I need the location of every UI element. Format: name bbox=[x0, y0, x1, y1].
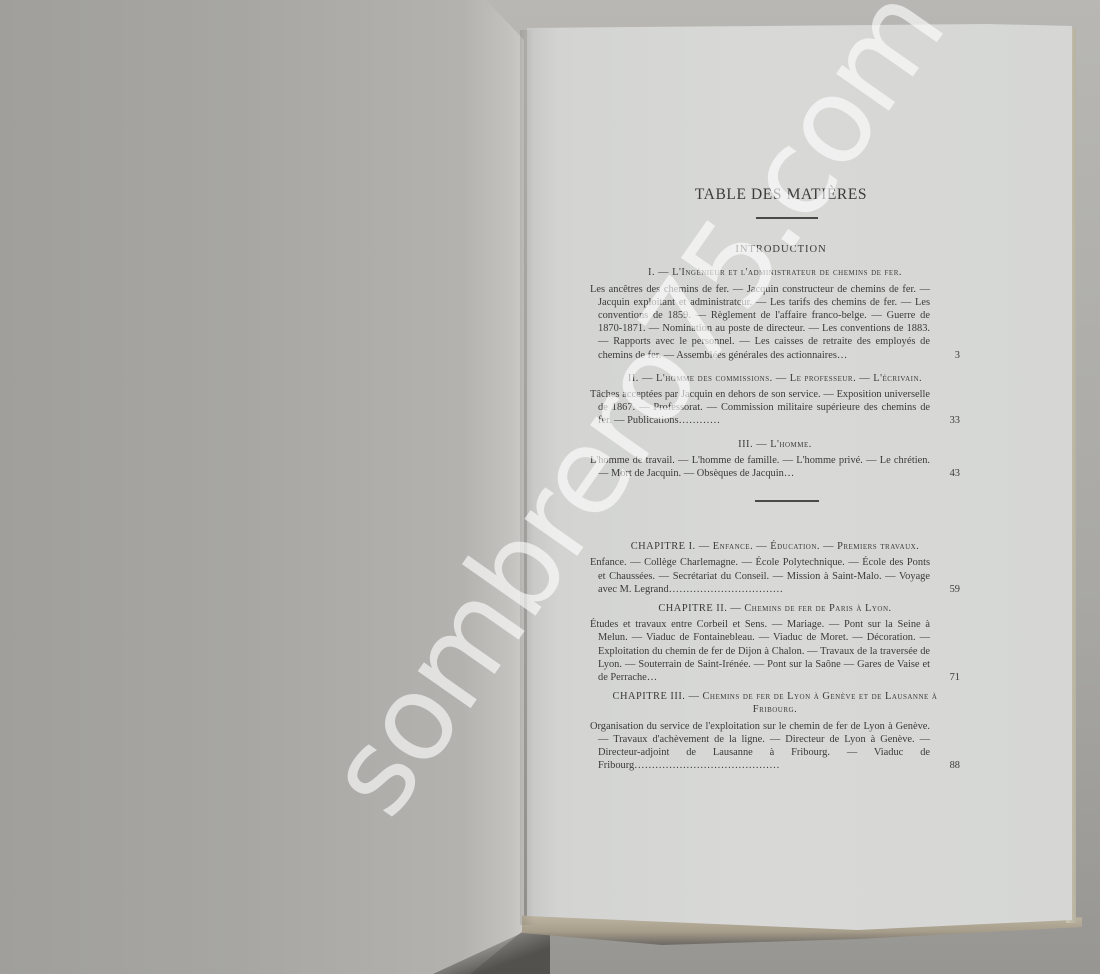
entry-text: Études et travaux entre Corbeil et Sens.… bbox=[590, 619, 930, 683]
page-number: 71 bbox=[950, 671, 960, 684]
divider bbox=[755, 500, 819, 502]
page-number: 88 bbox=[950, 759, 960, 772]
toc-entry: Organisation du service de l'exploitatio… bbox=[590, 720, 960, 773]
chapters-list: CHAPITRE I. — Enfance. — Éducation. — Pr… bbox=[590, 540, 960, 772]
chapter-heading: CHAPITRE I. — Enfance. — Éducation. — Pr… bbox=[590, 540, 960, 553]
page-number: 59 bbox=[950, 583, 960, 596]
chapter-heading: CHAPITRE II. — Chemins de fer de Paris à… bbox=[590, 602, 960, 615]
entry-text: Organisation du service de l'exploitatio… bbox=[590, 721, 930, 772]
chapter-heading: CHAPITRE III. — Chemins de fer de Lyon à… bbox=[590, 690, 960, 716]
page-number: 3 bbox=[955, 349, 960, 362]
entry-text: Enfance. — Collège Charlemagne. — École … bbox=[590, 557, 930, 594]
toc-entry: Enfance. — Collège Charlemagne. — École … bbox=[590, 556, 960, 596]
left-blank-page bbox=[0, 0, 524, 974]
page-number: 43 bbox=[950, 467, 960, 480]
page-number: 33 bbox=[950, 414, 960, 427]
toc-entry: Études et travaux entre Corbeil et Sens.… bbox=[590, 618, 960, 684]
